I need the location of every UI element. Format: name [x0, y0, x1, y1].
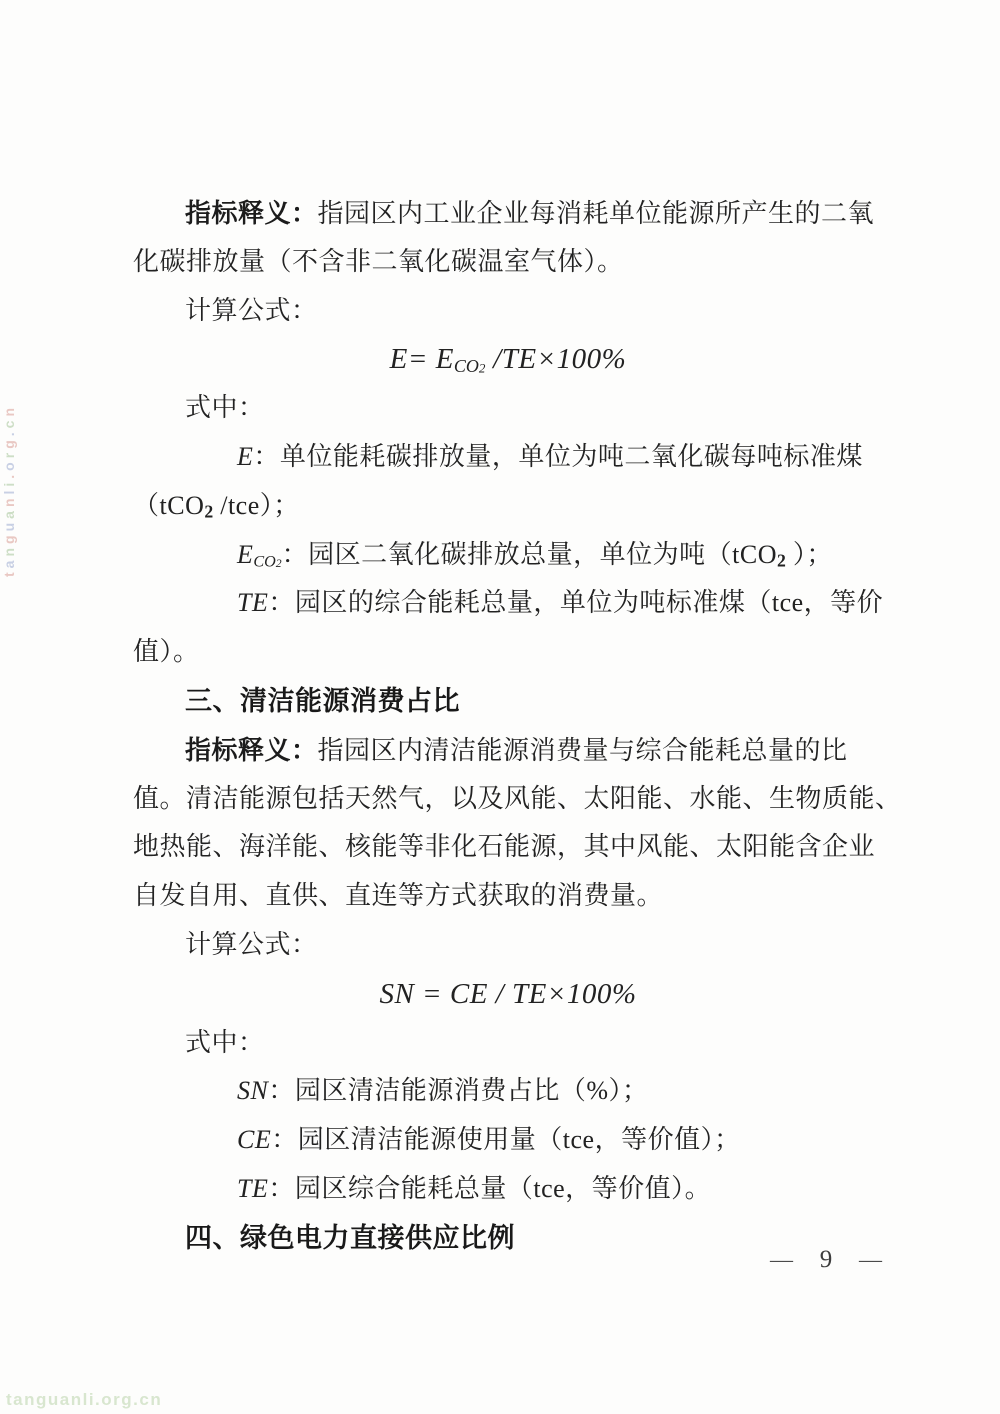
page-number: 9: [820, 1246, 833, 1274]
footer-dash-left: —: [770, 1247, 793, 1273]
text-line: （tCO2 /tce）；: [133, 482, 883, 531]
text-line: CE：园区清洁能源使用量（tce，等价值）；: [133, 1116, 883, 1165]
text-line: 指标释义：指园区内清洁能源消费量与综合能耗总量的比: [133, 726, 883, 775]
site-watermark: tanguanli.org.cn: [6, 1390, 162, 1410]
text-line: ECO2：园区二氧化碳排放总量，单位为吨（tCO2 ）；: [133, 531, 883, 580]
text-line: E：单位能耗碳排放量，单位为吨二氧化碳每吨标准煤: [133, 433, 883, 482]
document-body: 指标释义：指园区内工业企业每消耗单位能源所产生的二氧化碳排放量（不含非二氧化碳温…: [133, 189, 883, 1263]
side-watermark: tanguanli.org.cn: [1, 232, 17, 577]
text-line: 地热能、海洋能、核能等非化石能源，其中风能、太阳能含企业: [133, 823, 883, 872]
text-line: 化碳排放量（不含非二氧化碳温室气体）。: [133, 238, 883, 287]
text-line: 计算公式：: [133, 287, 883, 336]
text-line: TE：园区的综合能耗总量，单位为吨标准煤（tce，等价: [133, 579, 883, 628]
text-line: 指标释义：指园区内工业企业每消耗单位能源所产生的二氧: [133, 189, 883, 238]
text-line: 式中：: [133, 384, 883, 433]
page-footer: — 9 —: [770, 1246, 882, 1274]
text-line: 值。清洁能源包括天然气，以及风能、太阳能、水能、生物质能、: [133, 775, 883, 824]
formula: E= ECO2 /TE×100%: [133, 335, 883, 384]
text-line: 计算公式：: [133, 921, 883, 970]
text-line: SN：园区清洁能源消费占比（%）；: [133, 1067, 883, 1116]
text-line: 自发自用、直供、直连等方式获取的消费量。: [133, 872, 883, 921]
text-line: TE：园区综合能耗总量（tce，等价值）。: [133, 1165, 883, 1214]
footer-dash-right: —: [859, 1247, 882, 1273]
document-page: tanguanli.org.cn 指标释义：指园区内工业企业每消耗单位能源所产生…: [0, 0, 1000, 1414]
text-line: 式中：: [133, 1019, 883, 1068]
section-heading: 三、清洁能源消费占比: [133, 677, 883, 726]
formula: SN = CE / TE×100%: [133, 970, 883, 1019]
text-line: 值）。: [133, 628, 883, 677]
